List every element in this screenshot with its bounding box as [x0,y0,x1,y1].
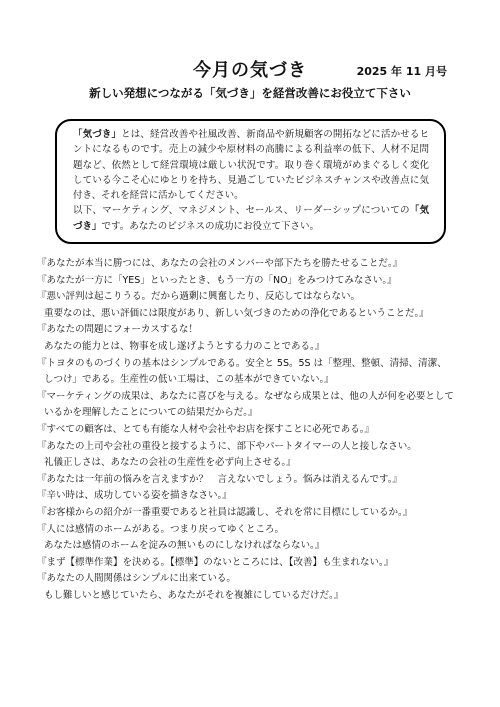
quote-line: 『あなたは一年前の悩みを言えますか？ 言えないでしょう。悩みは消えるんです。』 [37,472,477,489]
quote-line: 『マーケティングの成果は、あなたに喜びを与える。なぜなら成果とは、他の人が何を必… [37,389,477,406]
quote-line: 『あなたの上司や会社の重役と接するように、部下やパートタイマーの人と接しなさい。 [37,439,477,456]
quote-line-continuation: しつけ」である。生産性の低い工場は、この基本ができていない。』 [37,372,477,389]
quote-line: 『人には感情のホームがある。つまり戻ってゆくところ。 [37,522,477,539]
intro-paragraph-2-pre: 以下、マーケティング、マネジメント、セールス、リーダーシップについての [73,205,410,216]
quote-line-continuation: いるかを理解したことについての結果だからだ。』 [37,405,477,422]
quote-line-continuation: 礼儀正しさは、あなたの会社の生産性を必ず向上させる。』 [37,455,477,472]
quote-list: 『あなたが本当に勝つには、あなたの会社のメンバーや部下たちを勝たせることだ。』 … [37,256,477,604]
intro-paragraph-2-post: です。あなたのビジネスの成功にお役立て下さい。 [102,221,319,232]
quote-line: 『あなたの人間関係はシンプルに出来ている。 [37,571,477,588]
header: 今月の気づき 2025 年 11 月号 [0,56,500,82]
quote-line: 『お客様からの紹介が一番重要であると社員は認識し、それを常に目標にしているか。』 [37,505,477,522]
quote-line-continuation: もし難しいと感じていたら、あなたがそれを複雑にしているだけだ。』 [37,588,477,605]
subtitle: 新しい発想につながる「気づき」を経営改善にお役立て下さい [0,85,500,101]
quote-line: 『すべての顧客は、とても有能な人材や会社やお店を探すことに必死である。』 [37,422,477,439]
quote-line: 『悪い評判は起こりうる。だから過剰に興奮したり、反応してはならない。 [37,289,477,306]
intro-paragraph-1-text: とは、経営改善や社風改善、新商品や新規顧客の開拓などに活かせるヒントになるもので… [73,129,429,201]
issue-number: 2025 年 11 月号 [357,63,447,79]
quote-line: 『トヨタのものづくりの基本はシンプルである。安全と 5S。5S は「整理、整頓、… [37,356,477,373]
intro-paragraph-2: 以下、マーケティング、マネジメント、セールス、リーダーシップについての「気づき」… [73,203,429,234]
quote-line: 『まず【標準作業】を決める。【標準】のないところには、【改善】も生まれない。』 [37,555,477,572]
quote-line: 『辛い時は、成功している姿を描きなさい。』 [37,488,477,505]
quote-line-continuation: あなたは感情のホームを淀みの無いものにしなければならない。』 [37,538,477,555]
quote-line-continuation: 重要なのは、悪い評価には限度があり、新しい気づきのための浄化であるということだ。… [37,306,477,323]
quote-line: 『あなたが一方に「YES」といったとき、もう一方の「NO」をみつけてみなさい。』 [37,273,477,290]
intro-box: 「気づき」とは、経営改善や社風改善、新商品や新規顧客の開拓などに活かせるヒントに… [55,119,446,244]
newsletter-page: 今月の気づき 2025 年 11 月号 新しい発想につながる「気づき」を経営改善… [0,0,500,707]
quote-line-continuation: あなたの能力とは、物事を成し遂げようとする力のことである。』 [37,339,477,356]
quote-line: 『あなたの問題にフォーカスするな！ [37,322,477,339]
intro-paragraph-1: 「気づき」とは、経営改善や社風改善、新商品や新規顧客の開拓などに活かせるヒントに… [73,127,429,203]
keyword-kizuki: 「気づき」 [73,129,121,140]
quote-line: 『あなたが本当に勝つには、あなたの会社のメンバーや部下たちを勝たせることだ。』 [37,256,477,273]
